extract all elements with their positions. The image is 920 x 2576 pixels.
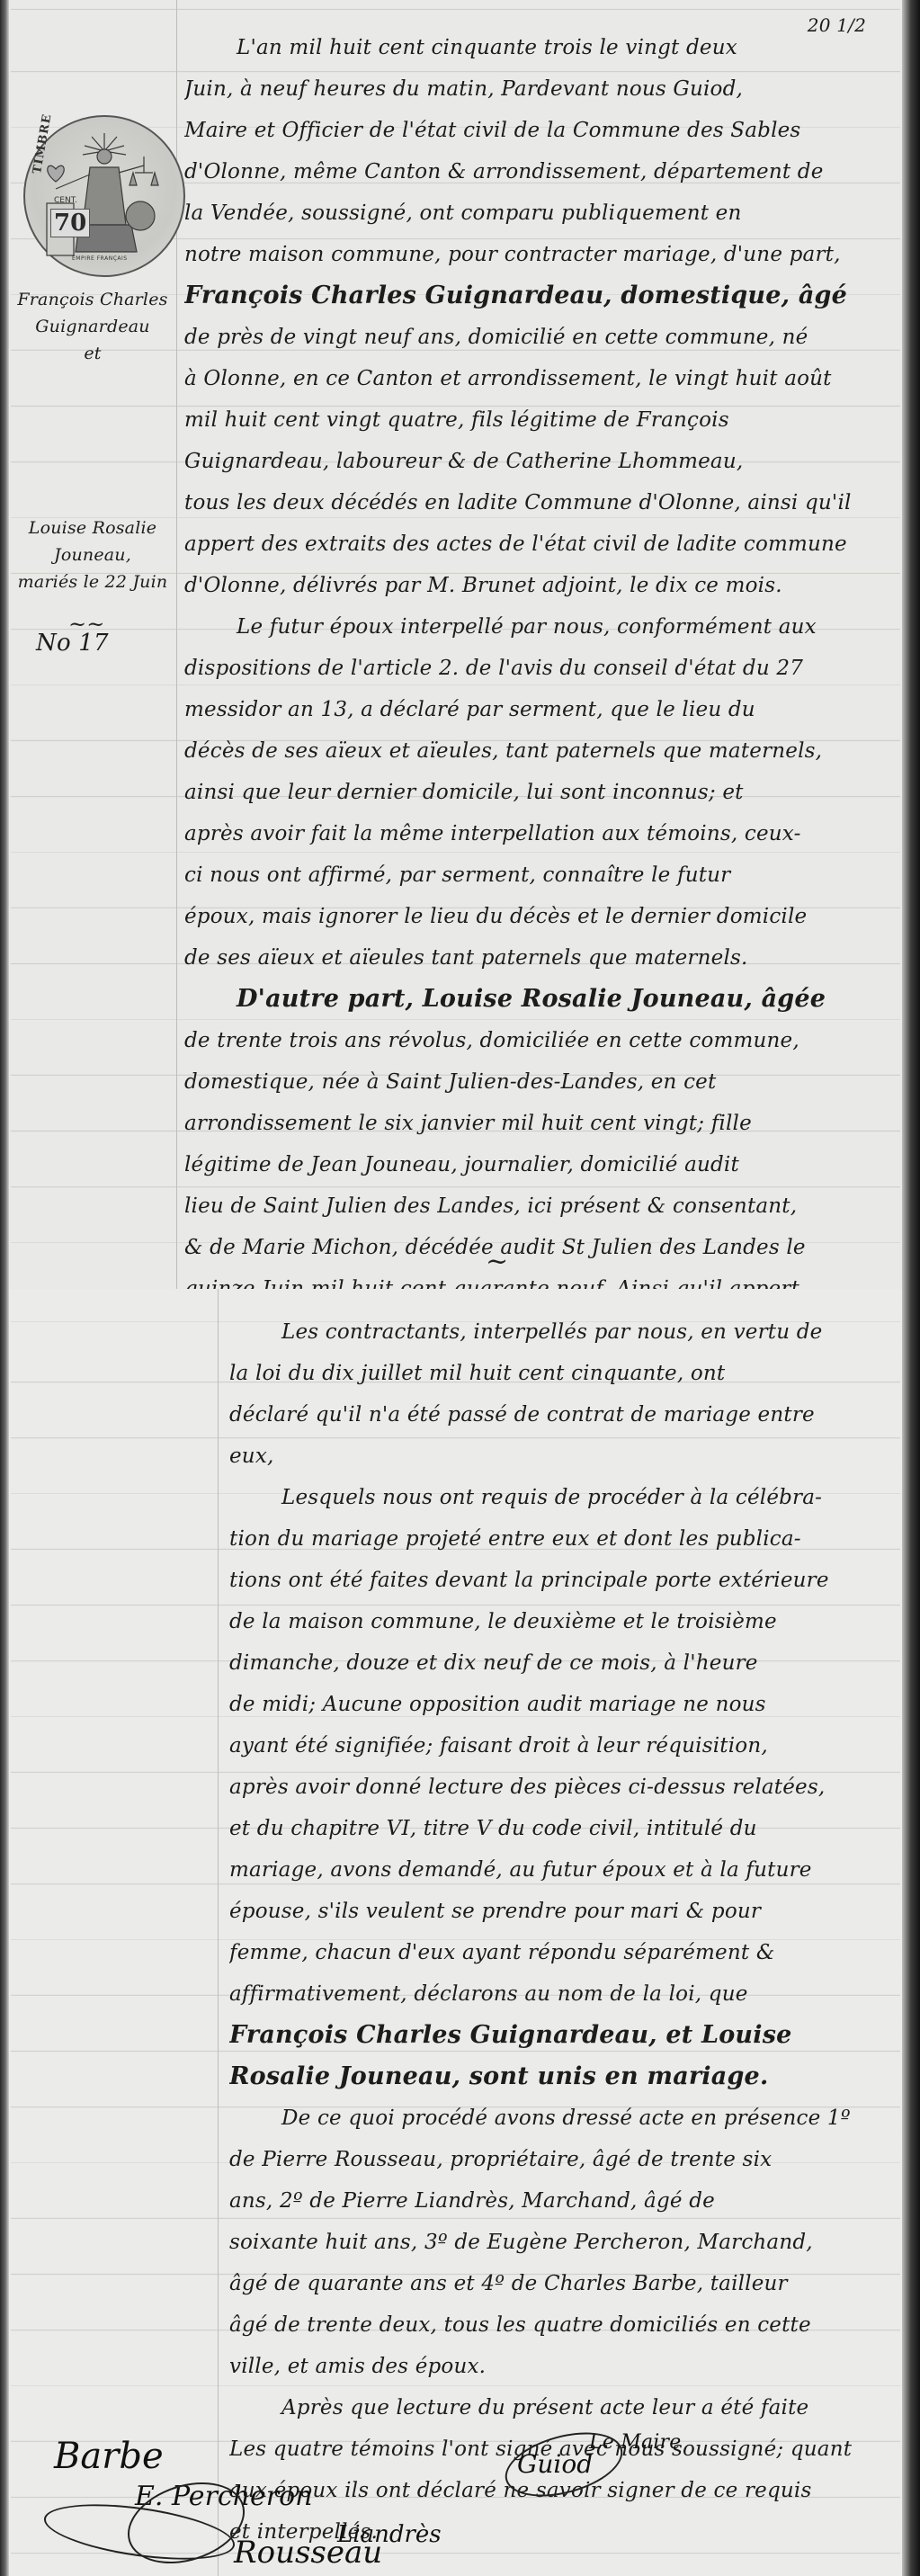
text-line: mariage, avons demandé, au futur époux e… (229, 1849, 890, 1891)
text-line: épouse, s'ils veulent se prendre pour ma… (229, 1891, 890, 1932)
text-line: Maire et Officier de l'état civil de la … (184, 110, 886, 151)
text-line: dimanche, douze et dix neuf de ce mois, … (229, 1642, 890, 1684)
act-body-page-1: L'an mil huit cent cinquante trois le vi… (184, 27, 886, 1289)
signature-witness-barbe: Barbe (54, 2436, 164, 2477)
text-line: d'Olonne, délivrés par M. Brunet adjoint… (184, 565, 886, 606)
text-line: et du chapitre VI, titre V du code civil… (229, 1808, 890, 1849)
signature-witness-liandres: Liandrès (337, 2521, 442, 2548)
text-line: la Vendée, soussigné, ont comparu publiq… (184, 192, 886, 234)
text-line: Les contractants, interpellés par nous, … (229, 1311, 890, 1353)
text-line: affirmativement, déclarons au nom de la … (229, 1973, 890, 2015)
text-line: après avoir donné lecture des pièces ci-… (229, 1767, 890, 1808)
text-line: de ses aïeux et aïeules tant paternels q… (184, 937, 886, 979)
text-line: de près de vingt neuf ans, domicilié en … (184, 317, 886, 358)
text-line: à Olonne, en ce Canton et arrondissement… (184, 358, 886, 399)
text-line: notre maison commune, pour contracter ma… (184, 234, 886, 275)
text-line: Le futur époux interpellé par nous, conf… (184, 606, 886, 648)
margin-rule (218, 1289, 219, 2576)
text-line: âgé de trente deux, tous les quatre domi… (229, 2304, 890, 2346)
text-line: de Pierre Rousseau, propriétaire, âgé de… (229, 2139, 890, 2180)
text-line: arrondissement le six janvier mil huit c… (184, 1103, 886, 1144)
stamp-value: 70 (50, 209, 90, 237)
register-page-2: Les contractants, interpellés par nous, … (0, 1289, 920, 2576)
text-line: déclaré qu'il n'a été passé de contrat d… (229, 1394, 890, 1436)
text-line: Après que lecture du présent acte leur a… (229, 2387, 890, 2428)
text-line: ans, 2º de Pierre Liandrès, Marchand, âg… (229, 2180, 890, 2222)
text-line: Lesquels nous ont requis de procéder à l… (229, 1477, 890, 1518)
text-line: de midi; Aucune opposition audit mariage… (229, 1684, 890, 1725)
text-line: Juin, à neuf heures du matin, Pardevant … (184, 68, 886, 110)
groom-bride-names-line: François Charles Guignardeau, et Louise (229, 2015, 890, 2056)
text-line: soixante huit ans, 3º de Eugène Perchero… (229, 2222, 890, 2263)
text-line: ainsi que leur dernier domicile, lui son… (184, 772, 886, 813)
text-line: de la maison commune, le deuxième et le … (229, 1601, 890, 1642)
text-line: de trente trois ans révolus, domiciliée … (184, 1020, 886, 1061)
text-line: après avoir fait la même interpellation … (184, 813, 886, 854)
stamp-footer: EMPIRE FRANÇAIS (72, 255, 128, 262)
bride-name-line: Rosalie Jouneau, sont unis en mariage. (229, 2056, 890, 2097)
text-line: quinze Juin mil huit cent quarante neuf.… (184, 1268, 886, 1289)
margin-line: mariés le 22 Juin (7, 568, 178, 595)
register-page-1: 20 1/2 (0, 0, 920, 1289)
text-line: légitime de Jean Jouneau, journalier, do… (184, 1144, 886, 1185)
text-line: De ce quoi procédé avons dressé acte en … (229, 2097, 890, 2139)
act-body-page-2: Les contractants, interpellés par nous, … (229, 1311, 890, 2553)
margin-line: Louise Rosalie (7, 514, 178, 541)
margin-note-bride: Louise Rosalie Jouneau, mariés le 22 Jui… (7, 514, 178, 595)
end-flourish-icon: ~ (486, 1246, 508, 1277)
act-number: No 17 (36, 630, 109, 657)
text-line: messidor an 13, a déclaré par serment, q… (184, 689, 886, 730)
text-line: tions ont été faites devant la principal… (229, 1560, 890, 1601)
text-line: d'Olonne, même Canton & arrondissement, … (184, 151, 886, 192)
text-line: domestique, née à Saint Julien-des-Lande… (184, 1061, 886, 1103)
margin-line: et (7, 340, 178, 367)
margin-line: Guignardeau (7, 313, 178, 340)
text-line: dispositions de l'article 2. de l'avis d… (184, 648, 886, 689)
stamp-unit: CENT. (54, 196, 77, 205)
text-line: Guignardeau, laboureur & de Catherine Lh… (184, 441, 886, 482)
text-line: ayant été signifiée; faisant droit à leu… (229, 1725, 890, 1767)
text-line: & de Marie Michon, décédée audit St Juli… (184, 1227, 886, 1268)
text-line: L'an mil huit cent cinquante trois le vi… (184, 27, 886, 68)
text-line: tous les deux décédés en ladite Commune … (184, 482, 886, 523)
tax-stamp: TIMBRE CENT. 70 EMPIRE FRANÇAIS (23, 115, 185, 277)
margin-line: François Charles (7, 286, 178, 313)
text-line: ville, et amis des époux. (229, 2346, 890, 2387)
text-line: tion du mariage projeté entre eux et don… (229, 1518, 890, 1560)
text-line: âgé de quarante ans et 4º de Charles Bar… (229, 2263, 890, 2304)
text-line: eux, (229, 1436, 890, 1477)
text-line: appert des extraits des actes de l'état … (184, 523, 886, 565)
text-line: décès de ses aïeux et aïeules, tant pate… (184, 730, 886, 772)
text-line: femme, chacun d'eux ayant répondu séparé… (229, 1932, 890, 1973)
text-line: la loi du dix juillet mil huit cent cinq… (229, 1353, 890, 1394)
text-line: lieu de Saint Julien des Landes, ici pré… (184, 1185, 886, 1227)
margin-note-groom: François Charles Guignardeau et (7, 286, 178, 367)
text-line: ci nous ont affirmé, par serment, connaî… (184, 854, 886, 896)
groom-name-line: François Charles Guignardeau, domestique… (184, 275, 886, 317)
text-line: mil huit cent vingt quatre, fils légitim… (184, 399, 886, 441)
margin-line: Jouneau, (7, 541, 178, 568)
text-line: époux, mais ignorer le lieu du décès et … (184, 896, 886, 937)
bride-name-line: D'autre part, Louise Rosalie Jouneau, âg… (184, 979, 886, 1020)
